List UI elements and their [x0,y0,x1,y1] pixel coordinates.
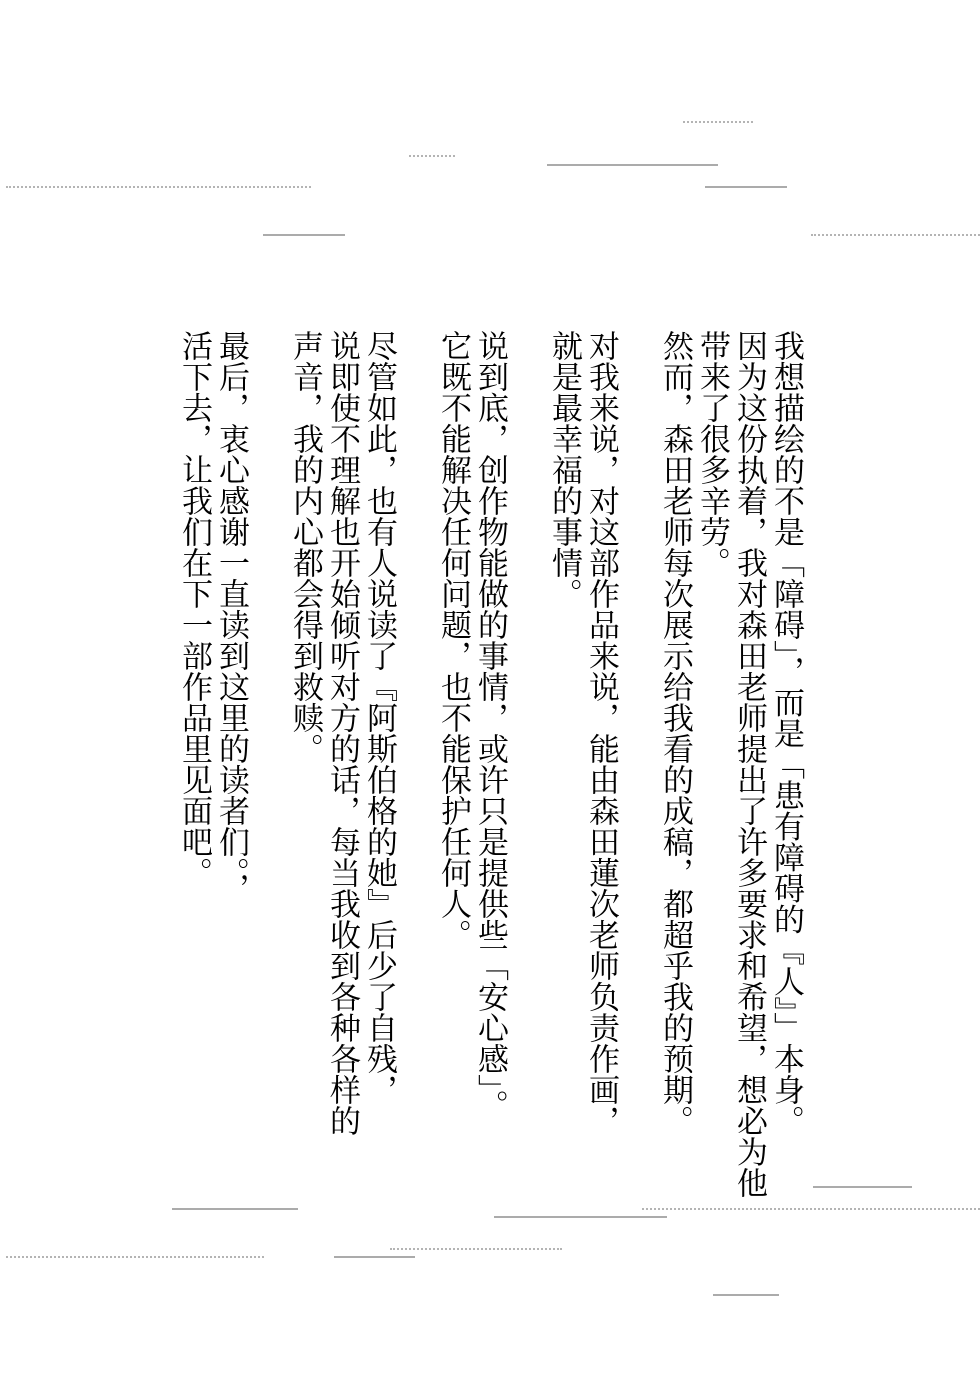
afterword-text-block: 我想描绘的不是「障碍」，而是「患有障碍的『人』」本身。 因为这份执着，我对森田老… [175,330,804,1210]
paragraph-reader-voices: 尽管如此，也有人说读了『阿斯伯格的她』后少了自残， 说即使不理解也开始倾听对方的… [286,330,397,1210]
text-column: 声音，我的内心都会得到救赎。 [286,330,323,1210]
text-column: 我想描绘的不是「障碍」，而是「患有障碍的『人』」本身。 [767,330,804,1210]
decorative-rule [683,121,753,123]
text-column: 它既不能解决任何问题，也不能保护任何人。 [434,330,471,1210]
text-column: 就是最幸福的事情。 [545,330,582,1210]
text-column: 活下去，让我们在下一部作品里见面吧。 [175,330,212,1210]
paragraph-creative-works: 说到底，创作物能做的事情，或许只是提供些「安心感」。 它既不能解决任何问题，也不… [434,330,508,1210]
decorative-rule [713,1294,779,1296]
text-column: 尽管如此，也有人说读了『阿斯伯格的她』后少了自残， [360,330,397,1210]
decorative-rule [547,164,718,166]
decorative-rule [6,186,311,188]
decorative-rule [705,186,787,188]
text-column: 最后，衷心感谢一直读到这里的读者们。， [212,330,249,1210]
decorative-rule [811,234,980,236]
text-column: 然而，森田老师每次展示给我看的成稿，都超乎我的预期。 [656,330,693,1210]
paragraph-closing: 最后，衷心感谢一直读到这里的读者们。， 活下去，让我们在下一部作品里见面吧。 [175,330,249,1210]
decorative-rule [6,1256,264,1258]
decorative-rule [409,155,455,157]
text-column: 带来了很多辛劳。 [693,330,730,1210]
decorative-rule [390,1248,562,1250]
paragraph-thanks-artist: 对我来说，对这部作品来说，能由森田蓮次老师负责作画， 就是最幸福的事情。 [545,330,619,1210]
manga-afterword-page: 我想描绘的不是「障碍」，而是「患有障碍的『人』」本身。 因为这份执着，我对森田老… [0,0,980,1395]
text-column: 说即使不理解也开始倾听对方的话，每当我收到各种各样的 [323,330,360,1210]
text-column: 说到底，创作物能做的事情，或许只是提供些「安心感」。 [471,330,508,1210]
text-column: 因为这份执着，我对森田老师提出了许多要求和希望，想必为他 [730,330,767,1210]
decorative-rule [263,234,345,236]
text-column: 对我来说，对这部作品来说，能由森田蓮次老师负责作画， [582,330,619,1210]
decorative-rule [813,1186,912,1188]
decorative-rule [334,1256,415,1258]
decorative-rule [494,1216,667,1218]
paragraph-description-intent: 我想描绘的不是「障碍」，而是「患有障碍的『人』」本身。 因为这份执着，我对森田老… [656,330,804,1210]
